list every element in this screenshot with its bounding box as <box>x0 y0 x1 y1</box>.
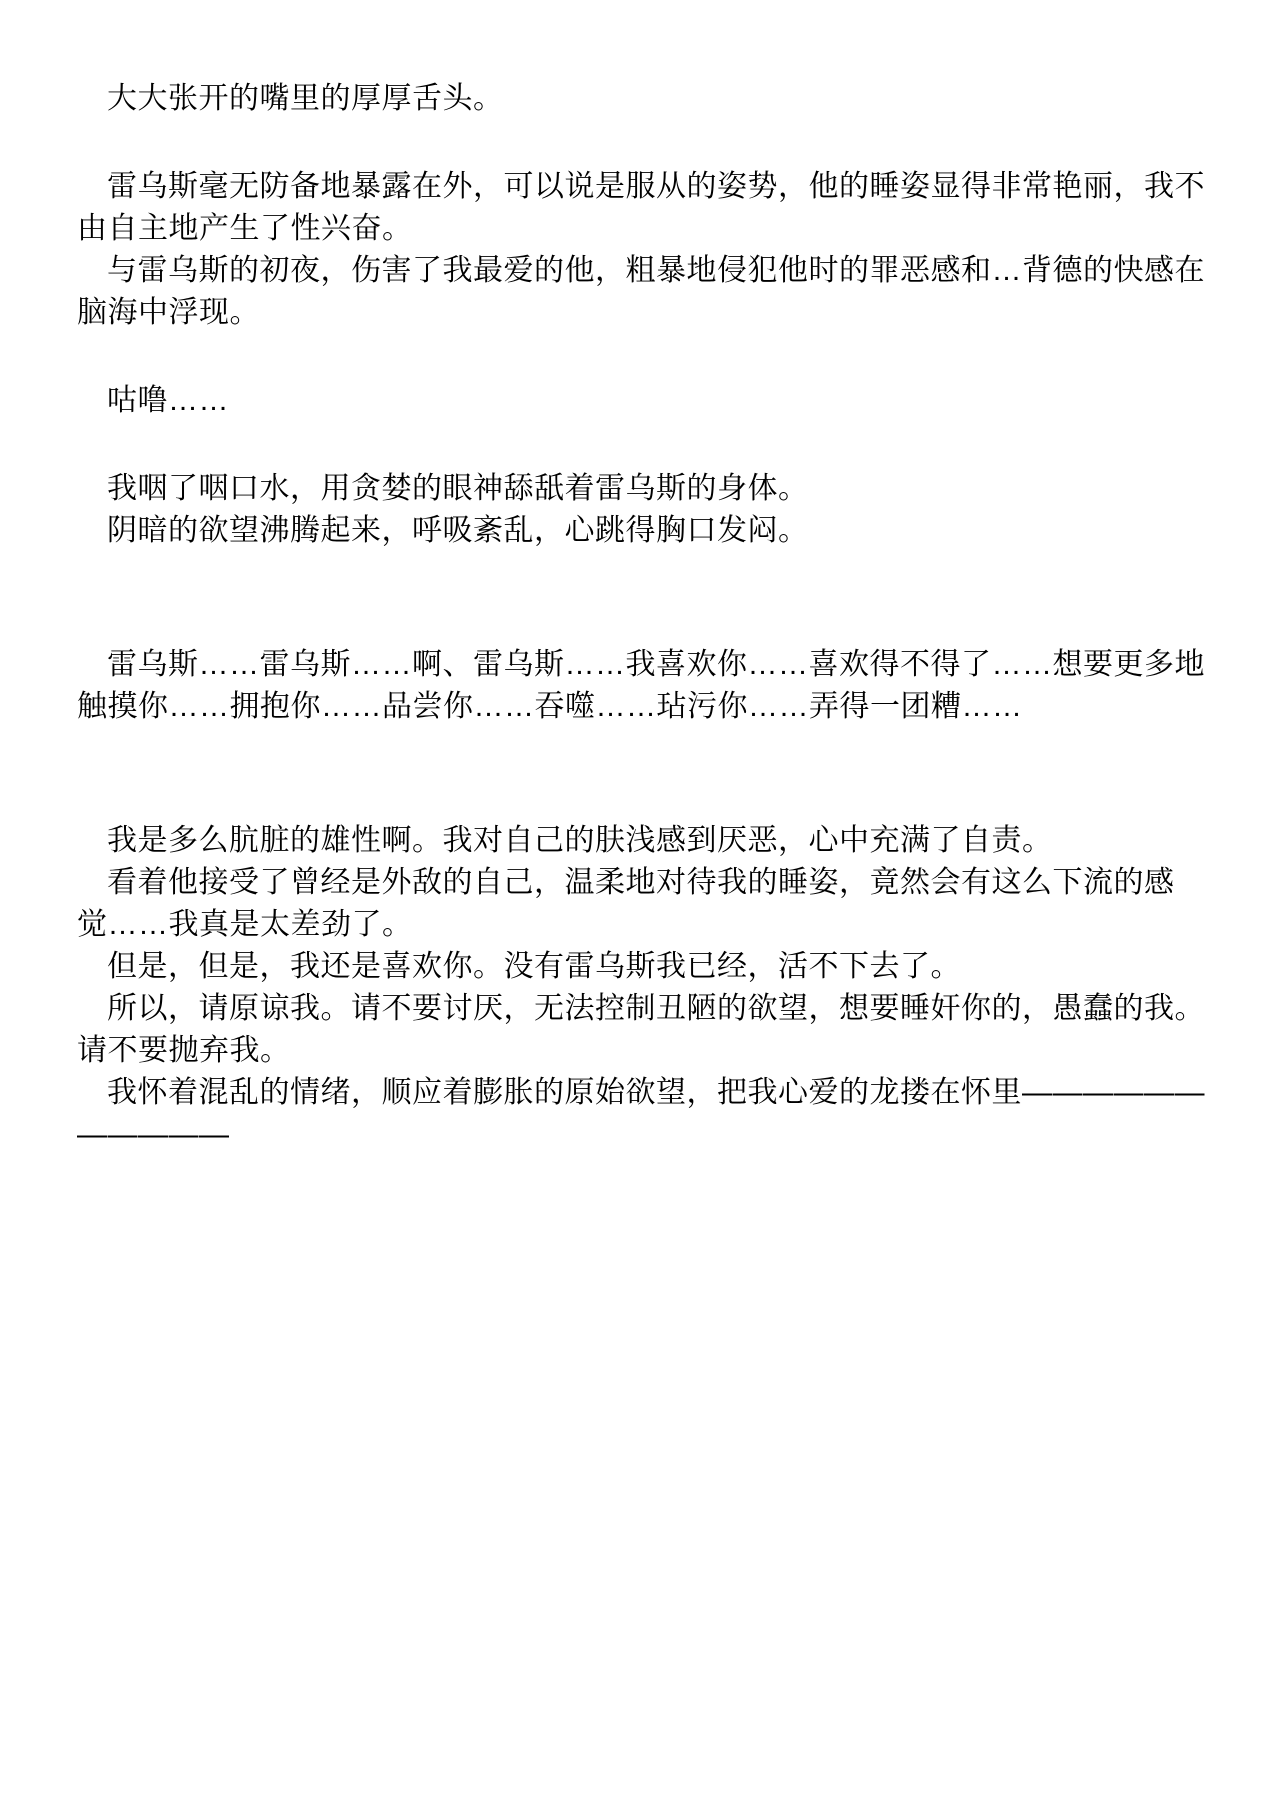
blank-line <box>77 598 1207 644</box>
text-line: 与雷乌斯的初夜，伤害了我最爱的他，粗暴地侵犯他时的罪恶感和…背德的快感在 <box>77 250 1207 292</box>
text-line: 雷乌斯毫无防备地暴露在外，可以说是服从的姿势，他的睡姿显得非常艳丽，我不 <box>77 166 1207 208</box>
text-line: 觉……我真是太差劲了。 <box>77 904 1207 946</box>
blank-line <box>77 774 1207 820</box>
blank-line <box>77 552 1207 598</box>
text-line: 脑海中浮现。 <box>77 292 1207 334</box>
blank-line <box>77 334 1207 380</box>
text-line: 阴暗的欲望沸腾起来，呼吸紊乱，心跳得胸口发闷。 <box>77 510 1207 552</box>
text-line: 看着他接受了曾经是外敌的自己，温柔地对待我的睡姿，竟然会有这么下流的感 <box>77 862 1207 904</box>
text-line: 请不要抛弃我。 <box>77 1030 1207 1072</box>
text-line: 由自主地产生了性兴奋。 <box>77 208 1207 250</box>
text-line: 我咽了咽口水，用贪婪的眼神舔舐着雷乌斯的身体。 <box>77 468 1207 510</box>
text-block: 大大张开的嘴里的厚厚舌头。雷乌斯毫无防备地暴露在外，可以说是服从的姿势，他的睡姿… <box>77 78 1207 1156</box>
text-line: 所以，请原谅我。请不要讨厌，无法控制丑陋的欲望，想要睡奸你的，愚蠢的我。 <box>77 988 1207 1030</box>
text-line: 但是，但是，我还是喜欢你。没有雷乌斯我已经，活不下去了。 <box>77 946 1207 988</box>
text-line: 咕噜…… <box>77 380 1207 422</box>
text-line: 我怀着混乱的情绪，顺应着膨胀的原始欲望，把我心爱的龙搂在怀里—————— <box>77 1072 1207 1114</box>
text-line: 雷乌斯……雷乌斯……啊、雷乌斯……我喜欢你……喜欢得不得了……想要更多地 <box>77 644 1207 686</box>
blank-line <box>77 728 1207 774</box>
text-line: 触摸你……拥抱你……品尝你……吞噬……玷污你……弄得一团糟…… <box>77 686 1207 728</box>
text-line: 我是多么肮脏的雄性啊。我对自己的肤浅感到厌恶，心中充满了自责。 <box>77 820 1207 862</box>
blank-line <box>77 422 1207 468</box>
text-line: 大大张开的嘴里的厚厚舌头。 <box>77 78 1207 120</box>
blank-line <box>77 120 1207 166</box>
text-line: ————— <box>77 1114 1207 1156</box>
